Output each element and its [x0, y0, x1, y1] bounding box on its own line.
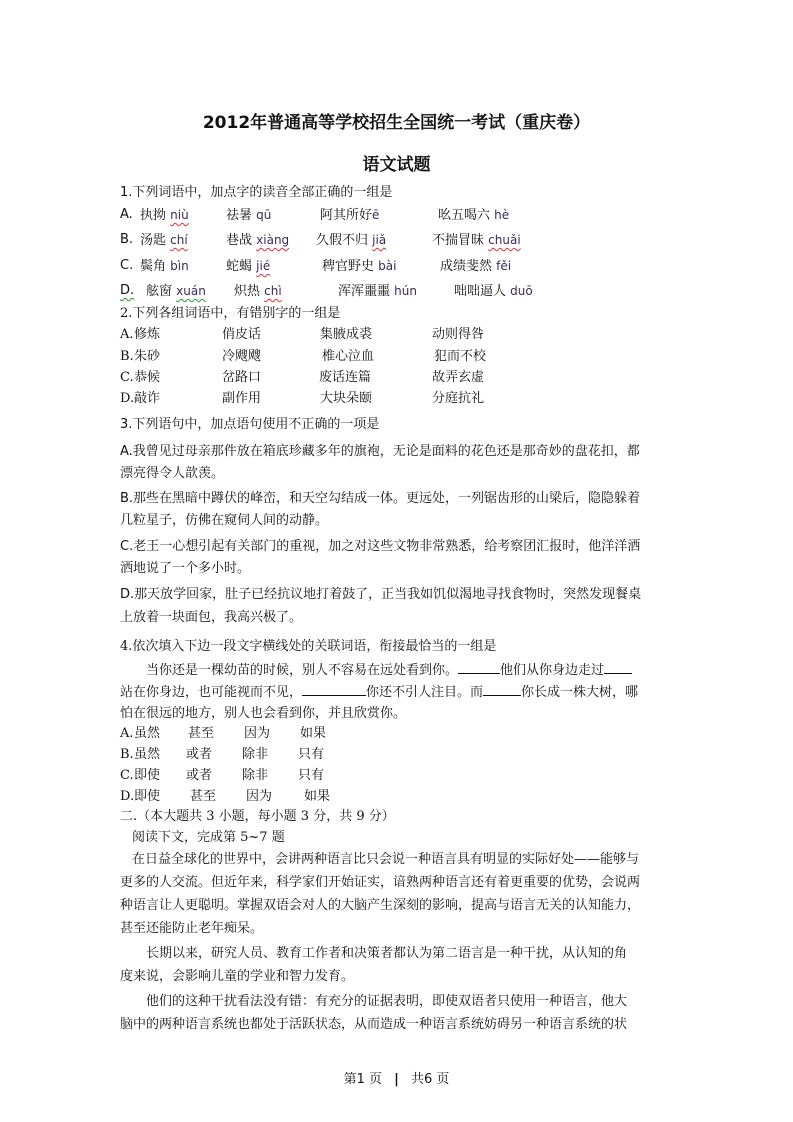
exam-page: 2012年普通高等学校招生全国统一考试（重庆卷） 语文试题 1.下列词语中，加点… [0, 0, 793, 1122]
q3-option-d-line2: 上放着一块面包，我高兴极了。 [120, 609, 302, 627]
q4-stem: 4.依次填入下边一段文字横线处的关联词语，衔接最恰当的一组是 [120, 638, 496, 656]
blank-1 [458, 661, 500, 674]
q3-option-d-line1: D.那天放学回家，肚子已经抗议地打着鼓了，正当我如饥似渴地寻找食物时，突然发现餐… [120, 586, 641, 604]
page-footer: 第1 页 | 共6 页 [0, 1068, 793, 1087]
q3-option-a-line2: 漂亮得令人歆羡。 [120, 465, 224, 483]
q1-stem: 1.下列词语中，加点字的读音全部正确的一组是 [120, 184, 392, 202]
q4-passage-line3: 怕在很远的地方，别人也会看到你，并且欣赏你。 [120, 705, 406, 723]
document-subtitle: 语文试题 [0, 150, 793, 175]
q3-option-a-line1: A.我曾见过母亲那件放在箱底珍藏多年的旗袍，无论是面料的花色还是那奇妙的盘花扣，… [120, 443, 640, 461]
reading-instruction: 阅读下文，完成第 5~7 题 [132, 829, 285, 847]
q3-option-b-line1: B.那些在黑暗中蹲伏的峰峦，和天空勾结成一体。更远处，一列锯齿形的山梁后，隐隐躲… [120, 490, 640, 508]
blank-3 [302, 683, 366, 696]
q4-passage-line1: 当你还是一棵幼苗的时候，别人不容易在远处看到你。他们从你身边走过 [146, 661, 632, 680]
blank-2 [604, 661, 632, 674]
section2-heading: 二.（本大题共 3 小题，每小题 3 分，共 9 分） [120, 808, 395, 826]
q3-stem: 3.下列语句中，加点语句使用不正确的一项是 [120, 416, 379, 434]
q2-stem: 2.下列各组词语中，有错别字的一组是 [120, 305, 340, 323]
q4-passage-line2: 站在你身边，也可能视而不见，你还不引人注目。而你长成一株大树，哪 [120, 683, 638, 702]
footer-separator: | [394, 1072, 399, 1087]
page-total: 共6 页 [411, 1072, 449, 1087]
document-title: 2012年普通高等学校招生全国统一考试（重庆卷） [0, 108, 793, 133]
blank-4 [483, 683, 521, 696]
q3-option-b-line2: 几粒星子，仿佛在窥伺人间的动静。 [120, 512, 328, 530]
q3-option-c-line2: 洒地说了一个多小时。 [120, 560, 250, 578]
page-number: 第1 页 [344, 1072, 382, 1087]
q3-option-c-line1: C.老王一心想引起有关部门的重视，加之对这些文物非常熟悉，给考察团汇报时，他洋洋… [120, 538, 640, 556]
